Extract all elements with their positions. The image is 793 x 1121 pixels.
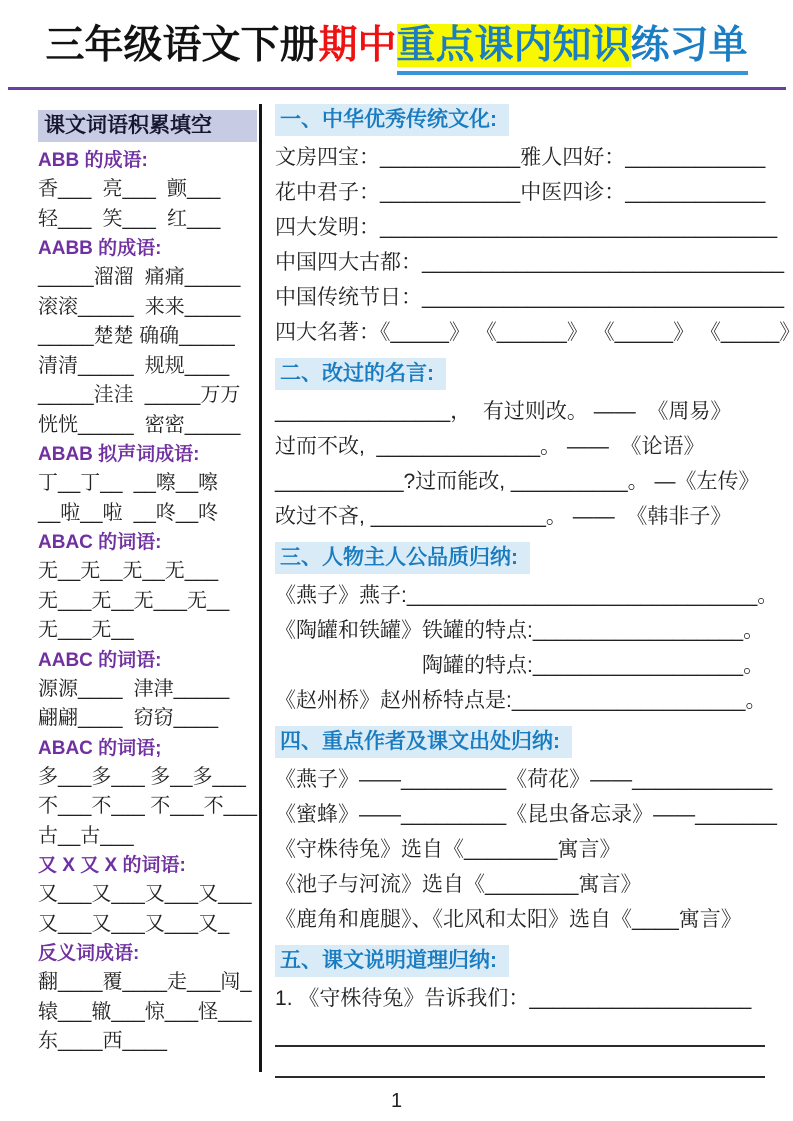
blank-writing-line	[275, 1047, 765, 1078]
page-title: 三年级语文下册期中重点课内知识练习单	[0, 14, 793, 70]
question-line: 陶罐的特点:__________________。	[275, 648, 769, 683]
title-underline: 重点课内知识练习单	[397, 24, 748, 75]
fill-blank-line: 恍恍_____ 密密_____	[38, 411, 257, 441]
question-line: 四大发明：__________________________________	[275, 210, 769, 245]
fill-blank-line: 无__无__无__无___	[38, 557, 257, 587]
column-divider	[259, 104, 262, 1072]
question-line: 花中君子：____________中医四诊：____________	[275, 175, 769, 210]
worksheet-page: 三年级语文下册期中重点课内知识练习单 课文词语积累填空 ABB 的成语:香___…	[0, 0, 793, 1121]
question-line: 《池子与河流》选自《________寓言》	[275, 867, 769, 902]
worksheet-section: 一、中华优秀传统文化:文房四宝：____________雅人四好：_______…	[275, 104, 769, 350]
fill-blank-line: 丁__丁__ __嚓__嚓	[38, 469, 257, 499]
fill-blank-line: 源源____ 津津_____	[38, 675, 257, 705]
fill-blank-line: _____楚楚 确确_____	[38, 322, 257, 352]
word-group-label: 又 X 又 X 的词语:	[38, 851, 257, 880]
question-line: 过而不改, ______________。 —— 《论语》	[275, 429, 769, 464]
question-line: 《蜜蜂》——_________《昆虫备忘录》——_______	[275, 797, 769, 832]
title-part-tail: 练习单	[631, 24, 748, 67]
section-header: 二、改过的名言:	[275, 358, 446, 390]
word-group-label: ABB 的成语:	[38, 146, 257, 175]
left-column-header: 课文词语积累填空	[38, 110, 257, 142]
question-line: 中国四大古都：_______________________________	[275, 245, 769, 280]
content-area: 课文词语积累填空 ABB 的成语:香___ 亮___ 颤___轻___ 笑___…	[38, 104, 769, 1086]
fill-blank-line: __啦__啦 __咚__咚	[38, 499, 257, 529]
fill-blank-line: 不___不___ 不___不___	[38, 792, 257, 822]
fill-blank-line: 东____西____	[38, 1027, 257, 1057]
word-group-label: AABB 的成语:	[38, 234, 257, 263]
fill-blank-line: 又___又___又___又_	[38, 910, 257, 940]
fill-blank-line: 轻___ 笑___ 红___	[38, 205, 257, 235]
right-column: 一、中华优秀传统文化:文房四宝：____________雅人四好：_______…	[275, 104, 769, 1086]
fill-blank-line: 无___无__	[38, 616, 257, 646]
question-line: 1. 《守株待兔》告诉我们：___________________	[275, 981, 769, 1016]
fill-blank-line: 翻____覆____走___闯_	[38, 968, 257, 998]
word-group-label: 反义词成语:	[38, 939, 257, 968]
fill-blank-line: 无___无__无___无__	[38, 587, 257, 617]
fill-blank-line: 古__古___	[38, 822, 257, 852]
worksheet-section: 二、改过的名言:_______________， 有过则改。 —— 《周易》过而…	[275, 358, 769, 534]
page-number: 1	[0, 1090, 793, 1113]
worksheet-section: 四、重点作者及课文出处归纳:《燕子》——_________《荷花》——_____…	[275, 726, 769, 937]
question-line: 《燕子》燕子:______________________________。	[275, 578, 769, 613]
left-column: 课文词语积累填空 ABB 的成语:香___ 亮___ 颤___轻___ 笑___…	[38, 104, 257, 1057]
question-line: 《守株待兔》选自《________寓言》	[275, 832, 769, 867]
section-header: 五、课文说明道理归纳:	[275, 945, 509, 977]
worksheet-section: 三、人物主人公品质归纳:《燕子》燕子:_____________________…	[275, 542, 769, 718]
question-line: 《赵州桥》赵州桥特点是:____________________。	[275, 683, 769, 718]
section-header: 一、中华优秀传统文化:	[275, 104, 509, 136]
section-header: 三、人物主人公品质归纳:	[275, 542, 530, 574]
fill-blank-line: 滚滚_____ 来来_____	[38, 293, 257, 323]
fill-blank-line: 多___多___ 多__多___	[38, 763, 257, 793]
word-group-label: ABAC 的词语:	[38, 528, 257, 557]
blank-writing-line	[275, 1016, 765, 1047]
question-line: ___________?过而能改, __________。 —《左传》	[275, 464, 769, 499]
fill-blank-line: 清清_____ 规规____	[38, 352, 257, 382]
question-line: 《燕子》——_________《荷花》——____________	[275, 762, 769, 797]
left-column-groups: ABB 的成语:香___ 亮___ 颤___轻___ 笑___ 红___AABB…	[38, 146, 257, 1057]
fill-blank-line: 香___ 亮___ 颤___	[38, 175, 257, 205]
word-group-label: ABAC 的词语;	[38, 734, 257, 763]
fill-blank-line: _____溜溜 痛痛_____	[38, 263, 257, 293]
word-group-label: AABC 的词语:	[38, 646, 257, 675]
question-line: _______________， 有过则改。 —— 《周易》	[275, 394, 769, 429]
question-line: 《鹿角和鹿腿》、《北风和太阳》选自《____寓言》	[275, 902, 769, 937]
worksheet-section: 五、课文说明道理归纳:1. 《守株待兔》告诉我们：_______________…	[275, 945, 769, 1078]
question-line: 文房四宝：____________雅人四好：____________	[275, 140, 769, 175]
fill-blank-line: 辕___辙___惊___怪___	[38, 998, 257, 1028]
title-part-midterm: 期中	[318, 24, 396, 67]
question-line: 中国传统节日：_______________________________	[275, 280, 769, 315]
title-part-grade: 三年级语文下册	[45, 24, 318, 67]
question-line: 《陶罐和铁罐》铁罐的特点:__________________。	[275, 613, 769, 648]
fill-blank-line: 翩翩____ 窃窃____	[38, 704, 257, 734]
question-line: 改过不吝, _______________。 —— 《韩非子》	[275, 499, 769, 534]
fill-blank-line: _____洼洼 _____万万	[38, 381, 257, 411]
title-divider-rule	[8, 87, 786, 90]
title-part-highlighted: 重点课内知识	[397, 24, 631, 67]
question-line: 四大名著：《_____》 《______》 《_____》 《_____》	[275, 315, 769, 350]
section-header: 四、重点作者及课文出处归纳:	[275, 726, 572, 758]
fill-blank-line: 又___又___又___又___	[38, 880, 257, 910]
word-group-label: ABAB 拟声词成语:	[38, 440, 257, 469]
